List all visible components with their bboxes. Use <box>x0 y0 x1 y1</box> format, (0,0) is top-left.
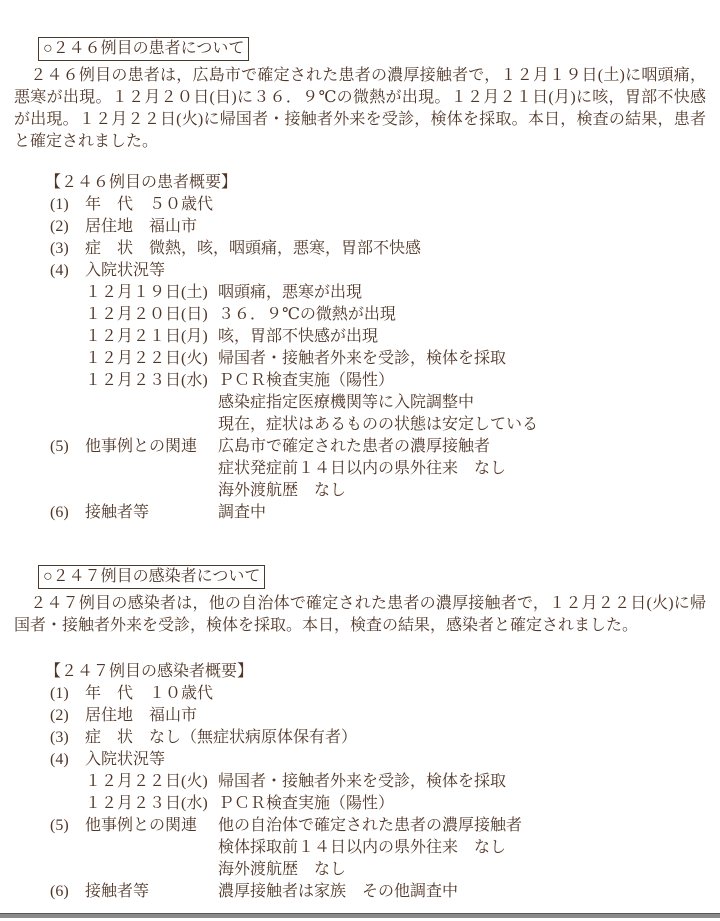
item-desc: 広島市で確定された患者の濃厚接触者 <box>218 436 720 458</box>
summary-row: (5) 他事例との関連 他の自治体で確定された患者の濃厚接触者 <box>0 815 720 837</box>
item-label: 居住地 <box>85 218 133 235</box>
item-value: 微熱，咳，咽頭痛，悪寒，胃部不快感 <box>149 240 421 257</box>
summary-row: (1) 年 代１０歳代 <box>0 683 720 705</box>
item-desc: ３６．９℃の微熱が出現 <box>218 304 720 326</box>
item-desc: 濃厚接触者は家族 その他調査中 <box>218 881 720 903</box>
item-desc <box>218 749 720 771</box>
section1-paragraph: ２４６例目の患者は，広島市で確定された患者の濃厚接触者で，１２月１９日(土)に咽… <box>14 65 706 153</box>
item-label: 年 代 <box>85 196 133 213</box>
item-desc: 海外渡航歴 なし <box>218 480 720 502</box>
item-desc: 帰国者・接触者外来を受診，検体を採取 <box>218 771 720 793</box>
summary-row: (6) 接触者等 調査中 <box>0 502 720 524</box>
item-number: (2) <box>50 216 85 238</box>
item-label: 入院状況等 <box>85 262 165 279</box>
section2-heading: ○２４７例目の感染者について <box>38 565 265 589</box>
item-value: １０歳代 <box>149 685 213 702</box>
item-label: 入院状況等 <box>85 751 165 768</box>
item-number <box>50 793 85 815</box>
item-label: 年 代 <box>85 685 133 702</box>
item-label: 接触者等 <box>85 883 149 900</box>
item-date: １２月２０日(日) <box>85 306 208 323</box>
item-desc: 症状発症前１４日以内の県外往来 なし <box>218 458 720 480</box>
item-number <box>50 370 85 392</box>
item-number: (5) <box>50 436 85 458</box>
item-number: (4) <box>50 749 85 771</box>
item-value: なし（無症状病原体保有者） <box>149 729 357 746</box>
item-date: １２月１９日(土) <box>85 284 208 301</box>
summary-row: 症状発症前１４日以内の県外往来 なし <box>0 458 720 480</box>
summary-row: 検体採取前１４日以内の県外往来 なし <box>0 837 720 859</box>
item-desc <box>218 194 720 216</box>
item-number <box>50 282 85 304</box>
item-label: 症 状 <box>85 240 133 257</box>
summary-row: (2) 居住地福山市 <box>0 705 720 727</box>
item-number <box>50 771 85 793</box>
item-number: (2) <box>50 705 85 727</box>
summary-row: １２月２２日(火) 帰国者・接触者外来を受診，検体を採取 <box>0 348 720 370</box>
section1-summary-list: (1) 年 代５０歳代 (2) 居住地福山市 (3) 症 状微熱，咳，咽頭痛，悪… <box>0 194 720 524</box>
summary-row: 感染症指定医療機関等に入院調整中 <box>0 392 720 414</box>
item-number: (3) <box>50 727 85 749</box>
item-desc <box>218 705 720 727</box>
item-number <box>50 480 85 502</box>
document-page: ○２４６例目の患者について ２４６例目の患者は，広島市で確定された患者の濃厚接触… <box>0 0 720 921</box>
summary-row: １２月２２日(火) 帰国者・接触者外来を受診，検体を採取 <box>0 771 720 793</box>
item-number: (6) <box>50 502 85 524</box>
item-date: １２月２３日(水) <box>85 795 208 812</box>
item-desc: 現在，症状はあるものの状態は安定している <box>218 414 720 436</box>
section1-heading-line: ○２４６例目の患者について <box>0 37 720 61</box>
item-number: (3) <box>50 238 85 260</box>
item-desc <box>357 727 720 749</box>
item-number <box>50 859 85 881</box>
section1-heading: ○２４６例目の患者について <box>38 37 249 61</box>
summary-row: (3) 症 状微熱，咳，咽頭痛，悪寒，胃部不快感 <box>0 238 720 260</box>
item-label: 症 状 <box>85 729 133 746</box>
summary-row: (3) 症 状なし（無症状病原体保有者） <box>0 727 720 749</box>
item-number <box>50 304 85 326</box>
section2-summary-title: 【２４７例目の感染者概要】 <box>45 661 720 683</box>
summary-row: 海外渡航歴 なし <box>0 480 720 502</box>
summary-row: (5) 他事例との関連 広島市で確定された患者の濃厚接触者 <box>0 436 720 458</box>
summary-row: (6) 接触者等 濃厚接触者は家族 その他調査中 <box>0 881 720 903</box>
item-desc: 海外渡航歴 なし <box>218 859 720 881</box>
item-number <box>50 326 85 348</box>
item-label: 居住地 <box>85 707 133 724</box>
summary-row: １２月２１日(月) 咳，胃部不快感が出現 <box>0 326 720 348</box>
item-date: １２月２３日(水) <box>85 372 208 389</box>
item-number <box>50 348 85 370</box>
item-number: (1) <box>50 683 85 705</box>
item-date: １２月２２日(火) <box>85 773 208 790</box>
summary-row: (1) 年 代５０歳代 <box>0 194 720 216</box>
item-desc: 他の自治体で確定された患者の濃厚接触者 <box>218 815 720 837</box>
item-number: (6) <box>50 881 85 903</box>
item-number <box>50 837 85 859</box>
summary-row: (4) 入院状況等 <box>0 749 720 771</box>
item-desc: 帰国者・接触者外来を受診，検体を採取 <box>218 348 720 370</box>
item-label: 他事例との関連 <box>85 438 197 455</box>
item-number <box>50 414 85 436</box>
item-label: 他事例との関連 <box>85 817 197 834</box>
summary-row: １２月２３日(水) ＰＣＲ検査実施（陽性） <box>0 370 720 392</box>
item-value: 福山市 <box>149 707 197 724</box>
item-number: (4) <box>50 260 85 282</box>
section2-summary-list: (1) 年 代１０歳代 (2) 居住地福山市 (3) 症 状なし（無症状病原体保… <box>0 683 720 903</box>
item-desc: 検体採取前１４日以内の県外往来 なし <box>218 837 720 859</box>
page-bottom-border <box>0 913 720 918</box>
summary-row: １２月１９日(土) 咽頭痛，悪寒が出現 <box>0 282 720 304</box>
summary-row: (2) 居住地福山市 <box>0 216 720 238</box>
summary-row: 海外渡航歴 なし <box>0 859 720 881</box>
item-value: ５０歳代 <box>149 196 213 213</box>
summary-row: １２月２３日(水) ＰＣＲ検査実施（陽性） <box>0 793 720 815</box>
item-number: (5) <box>50 815 85 837</box>
item-desc <box>421 238 720 260</box>
summary-row: (4) 入院状況等 <box>0 260 720 282</box>
summary-row: １２月２０日(日) ３６．９℃の微熱が出現 <box>0 304 720 326</box>
section2-heading-line: ○２４７例目の感染者について <box>0 565 720 589</box>
item-desc: 感染症指定医療機関等に入院調整中 <box>218 392 720 414</box>
item-desc <box>218 260 720 282</box>
item-desc <box>218 216 720 238</box>
item-number <box>50 458 85 480</box>
item-label: 接触者等 <box>85 504 149 521</box>
item-date: １２月２１日(月) <box>85 328 208 345</box>
item-date: １２月２２日(火) <box>85 350 208 367</box>
section2-paragraph: ２４７例目の感染者は，他の自治体で確定された患者の濃厚接触者で，１２月２２日(火… <box>14 593 706 637</box>
item-desc: ＰＣＲ検査実施（陽性） <box>218 793 720 815</box>
section1-summary-title: 【２４６例目の患者概要】 <box>45 172 720 194</box>
item-desc: 調査中 <box>218 502 720 524</box>
item-desc: 咽頭痛，悪寒が出現 <box>218 282 720 304</box>
item-number: (1) <box>50 194 85 216</box>
item-desc <box>218 683 720 705</box>
item-desc: 咳，胃部不快感が出現 <box>218 326 720 348</box>
item-value: 福山市 <box>149 218 197 235</box>
item-desc: ＰＣＲ検査実施（陽性） <box>218 370 720 392</box>
summary-row: 現在，症状はあるものの状態は安定している <box>0 414 720 436</box>
item-number <box>50 392 85 414</box>
